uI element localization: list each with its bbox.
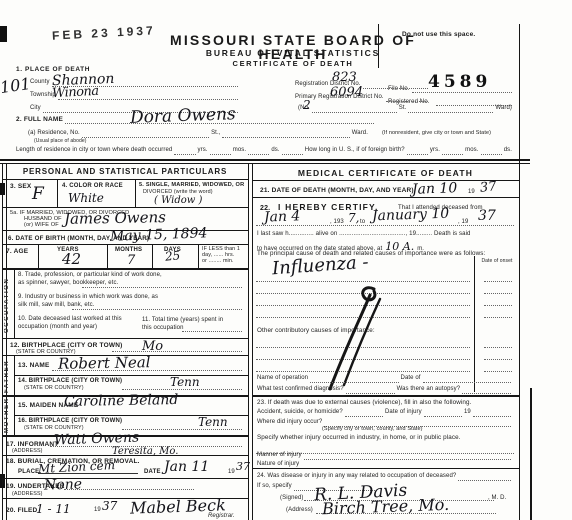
primary-district-entry: 6094 <box>330 85 363 100</box>
injury-19-leader <box>473 410 511 417</box>
dod-year-entry: 37 <box>479 179 497 196</box>
length-leader3 <box>248 148 269 155</box>
burial-date-entry: Jan 11 <box>164 459 209 475</box>
occupation-totaltime-label: 11. Total time (years) spent in this occ… <box>142 317 234 332</box>
dob-entry: May 15, 1894 <box>110 225 208 244</box>
length-leader1 <box>174 148 195 155</box>
rule-under-age <box>2 268 248 270</box>
foreign-leader3 <box>481 148 502 155</box>
operation-leader <box>310 376 398 383</box>
onset-stub-5 <box>484 341 512 348</box>
dod-year-printed: 19 <box>468 189 475 197</box>
sex-label: 3. SEX <box>10 183 31 191</box>
accident-label: Accident, suicide, or homicide? <box>257 409 343 417</box>
marital-entry: ( Widow ) <box>154 195 202 206</box>
father-name-leader <box>52 370 242 371</box>
burial-year-entry: 37 <box>236 460 250 473</box>
header-divider <box>378 24 379 68</box>
foreign-leader1 <box>407 148 428 155</box>
operation-date-leader <box>423 376 511 383</box>
onset-stub-2 <box>484 287 512 294</box>
rule-under-informant <box>2 455 248 456</box>
date-of-death-entry: Jan 10 <box>412 180 458 198</box>
onset-stub-7 <box>484 365 512 372</box>
specify-label: Specify whether injury occurred in indus… <box>257 434 461 442</box>
rule-under-dod <box>252 197 519 198</box>
age-less-3: or ........ min. <box>202 258 234 265</box>
certify-leader <box>256 225 514 226</box>
death-certificate-scan: FEB 23 1937 MISSOURI STATE BOARD OF HEAL… <box>0 0 572 520</box>
city-label: City <box>30 105 41 113</box>
cause-leader-1 <box>256 275 470 282</box>
age-days-entry: 25 <box>164 248 181 264</box>
onset-stub-4 <box>484 311 512 318</box>
filed-label: 20. FILED <box>6 507 37 515</box>
last-saw-line: I last saw h.............. alive on ....… <box>257 230 471 238</box>
signed-label: (Signed) <box>280 495 303 503</box>
rule-under-burial <box>2 478 248 479</box>
md-label: , M. D. <box>488 495 506 503</box>
attended-to-entry: January 10 <box>372 206 450 225</box>
registrar-label: Registrar. <box>208 513 235 520</box>
onset-box-divider <box>474 256 475 392</box>
filed-date-entry: 1 - 11 <box>36 502 71 516</box>
medical-certificate-section: MEDICAL CERTIFICATE OF DEATH 21. DATE OF… <box>252 163 519 520</box>
foreign-leader2 <box>442 148 463 155</box>
mother-margin-label: MOTHER <box>4 399 10 433</box>
undertaker-entry: None <box>44 476 83 493</box>
occupation-lastworked-label: 10. Date deceased last worked at this oc… <box>18 316 136 331</box>
medical-section-title: MEDICAL CERTIFICATE OF DEATH <box>252 169 519 178</box>
received-date-stamp: FEB 23 1937 <box>52 24 156 41</box>
father-margin-label: FATHER <box>4 359 10 393</box>
father-birthplace-entry: Tenn <box>170 375 200 389</box>
certificate-subtitle: CERTIFICATE OF DEATH <box>148 60 438 68</box>
attended-to-year-entry: 37 <box>478 208 496 224</box>
rule-above-23 <box>252 395 519 397</box>
personal-title-rule <box>2 179 248 180</box>
age-label: 7. AGE <box>6 248 28 256</box>
occupation-strip-divider <box>14 270 15 338</box>
county-label: County <box>30 79 50 87</box>
personal-section-title: PERSONAL AND STATISTICAL PARTICULARS <box>2 168 248 176</box>
filed-year-printed: 19 <box>94 507 101 515</box>
occ11-leader <box>182 331 242 332</box>
occupation-related-label: 24. Was disease or injury in any way rel… <box>257 473 456 481</box>
age-cell-divider-1 <box>38 244 39 268</box>
length-leader4 <box>282 148 303 155</box>
city-no-leader <box>312 106 397 113</box>
marital-label-1: 5. SINGLE, MARRIED, WIDOWED, OR <box>139 182 244 189</box>
primary-district-leader <box>386 95 428 102</box>
file-no-leader <box>412 92 512 93</box>
city-ward-label: Ward) <box>495 105 512 113</box>
do-not-use-note: Do not use this space. <box>402 31 475 39</box>
operation-label: Name of operation <box>257 375 308 383</box>
sex-cell-divider <box>57 179 58 207</box>
margin-number: 101 <box>0 74 32 97</box>
injury-date-leader <box>424 410 462 417</box>
undertaker-leader <box>64 489 194 490</box>
length-mos: mos. <box>233 147 246 155</box>
city-entry: 2 <box>303 98 311 112</box>
age-cell-divider-3 <box>152 244 153 268</box>
file-no-value: 4589 <box>428 74 491 91</box>
occ8-leader <box>82 287 242 288</box>
scan-artifact-line <box>530 388 532 520</box>
rule-under-father-name <box>14 375 248 376</box>
personal-particulars-section: PERSONAL AND STATISTICAL PARTICULARS 3. … <box>2 163 248 520</box>
filed-year-entry: 37 <box>102 499 117 513</box>
bureau-subtitle: BUREAU OF VITAL STATISTICS <box>148 49 438 58</box>
age-cell-divider-4 <box>198 244 199 268</box>
full-name-entry: Dora Owens <box>130 104 236 128</box>
operation-date-label: Date of <box>401 375 421 383</box>
race-cell-divider <box>135 179 136 207</box>
where-injury-sub: (Specify city or town, county, and State… <box>322 426 423 433</box>
attended-from-entry: Jan 4 <box>264 208 301 225</box>
residence-st-label: St., <box>211 130 220 138</box>
physician-address: Birch Tree, Mo. <box>322 495 450 518</box>
onset-stub-1 <box>484 275 512 282</box>
test-leader <box>346 387 395 394</box>
foreign-ds: ds. <box>504 147 512 155</box>
mother-maiden-entry: Caroline Beland <box>64 392 179 410</box>
rule-above-24 <box>252 468 519 469</box>
onset-stub-6 <box>484 353 512 360</box>
length-ds: ds. <box>271 147 279 155</box>
manner-leader <box>304 453 511 460</box>
foreign-mos: mos. <box>465 147 478 155</box>
form-right-border <box>519 24 520 520</box>
undertaker-sub: (ADDRESS) <box>12 491 43 498</box>
if-so-label: If so, specify <box>257 483 292 491</box>
spouse-entry: James Owens <box>64 208 166 228</box>
rule-under-occupation <box>2 338 248 339</box>
burial-place-line <box>38 473 138 474</box>
birthplace-leader <box>112 351 242 352</box>
where-injury-label: Where did injury occur? <box>257 419 322 427</box>
length-yrs: yrs. <box>198 147 208 155</box>
length-residence-label: Length of residence in city or town wher… <box>16 147 172 155</box>
external-causes-label: 23. If death was due to external causes … <box>257 399 471 407</box>
date-of-death-label: 21. DATE OF DEATH (MONTH, DAY, AND YEAR) <box>260 187 414 195</box>
injury-19-label: 19 <box>464 409 471 417</box>
mother-birthplace-leader <box>122 429 242 430</box>
burial-year-printed: 19 <box>228 469 235 477</box>
age-cell-divider-2 <box>107 244 108 268</box>
onset-label: Date of onset <box>477 258 517 264</box>
abode-note: (Usual place of abode) <box>34 138 87 144</box>
residence-st-leader <box>222 131 349 138</box>
spouse-label-3: (or) WIFE OF <box>24 222 59 229</box>
residence-note: (If nonresident, give city or town and S… <box>382 130 491 137</box>
injury-date-label: Date of injury <box>385 409 422 417</box>
township-entry: Winona <box>52 84 99 101</box>
accident-leader <box>345 410 383 417</box>
occ9-leader <box>72 309 242 310</box>
autopsy-leader <box>462 387 511 394</box>
race-label: 4. COLOR OR RACE <box>62 183 123 191</box>
main-rule-top <box>0 159 530 161</box>
sex-entry: F <box>32 184 44 204</box>
father-birthplace-sub: (STATE OR COUNTRY) <box>24 385 84 392</box>
city-st-leader <box>408 106 493 113</box>
father-name-label: 13. NAME <box>18 362 50 370</box>
address-label: (Address) <box>286 507 313 515</box>
occupation-industry-label: 9. Industry or business in which work wa… <box>18 294 168 309</box>
registration-district-leader <box>363 82 428 89</box>
age-months-entry: 7 <box>127 253 135 268</box>
father-birthplace-leader <box>122 389 242 390</box>
residence-label: (a) Residence, No. <box>28 130 80 138</box>
attended-from-year-entry: 7, <box>348 211 359 225</box>
informant-sub: (ADDRESS) <box>12 448 43 455</box>
length-leader2 <box>210 148 231 155</box>
foreign-label: How long in U. S., if of foreign birth? <box>305 147 405 155</box>
test-label: What test confirmed diagnosis? <box>257 386 344 394</box>
autopsy-label: Was there an autopsy? <box>397 386 461 394</box>
full-name-label: 2. FULL NAME <box>16 116 63 124</box>
occupation-trade-label: 8. Trade, profession, or particular kind… <box>18 272 168 287</box>
onset-stub-3 <box>484 299 512 306</box>
residence-no-leader <box>82 131 209 138</box>
burial-date-label: DATE <box>144 469 161 477</box>
city-st-label: St. <box>399 105 407 113</box>
burial-place-label: PLACE <box>18 469 39 477</box>
foreign-yrs: yrs. <box>430 147 440 155</box>
age-years-entry: 42 <box>62 250 81 268</box>
manner-label: Manner of injury <box>257 452 302 460</box>
residence-ward-label: Ward. <box>352 130 368 138</box>
occupation-related-leader <box>458 474 511 481</box>
scan-artifact <box>0 26 7 42</box>
race-entry: White <box>68 191 104 205</box>
registration-district-entry: 823 <box>332 70 357 85</box>
mother-birthplace-entry: Tenn <box>198 415 228 429</box>
occupation-margin-label: OCCUPATION <box>4 275 10 335</box>
